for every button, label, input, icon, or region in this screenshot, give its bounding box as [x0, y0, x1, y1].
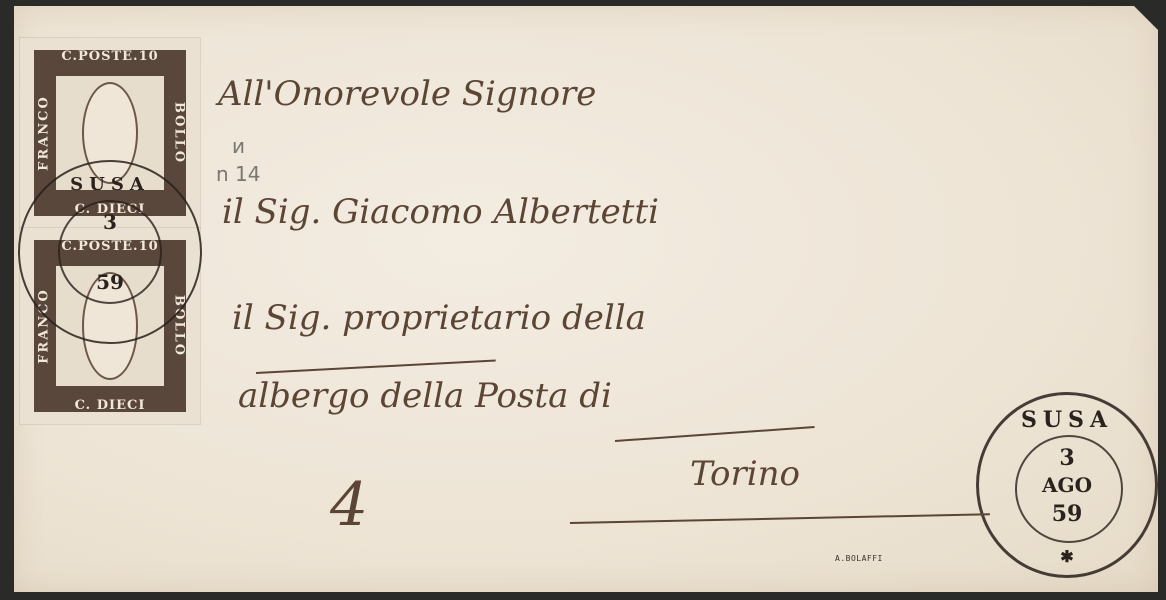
postmark-left: SUSA 3 59 [18, 160, 202, 344]
postmark-star: ✱ [979, 547, 1155, 566]
postmark-day: 3 [979, 445, 1155, 471]
address-line-2: il Sig. Giacomo Albertetti [222, 192, 659, 232]
address-line-3: il Sig. proprietario della [232, 298, 646, 338]
postmark-right: SUSA 3 AGO 59 ✱ [976, 392, 1158, 578]
torn-corner [1134, 6, 1158, 30]
stamp-top-text: C.POSTE.10 [34, 49, 186, 64]
address-line-1: All'Onorevole Signore [218, 74, 596, 114]
address-line-5: Torino [690, 454, 800, 494]
rate-mark: 4 [330, 470, 368, 540]
pencil-note-2: n 14 [216, 162, 260, 186]
postmark-town: SUSA [979, 407, 1155, 433]
stamp-right-text: BOLLO [171, 102, 186, 164]
pencil-note-1: ᴎ [232, 134, 245, 158]
expert-mark: A.BOLAFFI [835, 554, 883, 563]
postmark-town: SUSA [20, 174, 200, 195]
postmark-year: 59 [979, 501, 1155, 527]
postmark-month: AGO [979, 473, 1155, 497]
address-line-4: albergo della Posta di [238, 376, 612, 416]
postmark-year: 59 [20, 270, 200, 294]
postmark-day: 3 [20, 210, 200, 234]
stamp-bottom-text: C. DIECI [34, 398, 186, 413]
stamp-left-text: FRANCO [36, 95, 51, 171]
